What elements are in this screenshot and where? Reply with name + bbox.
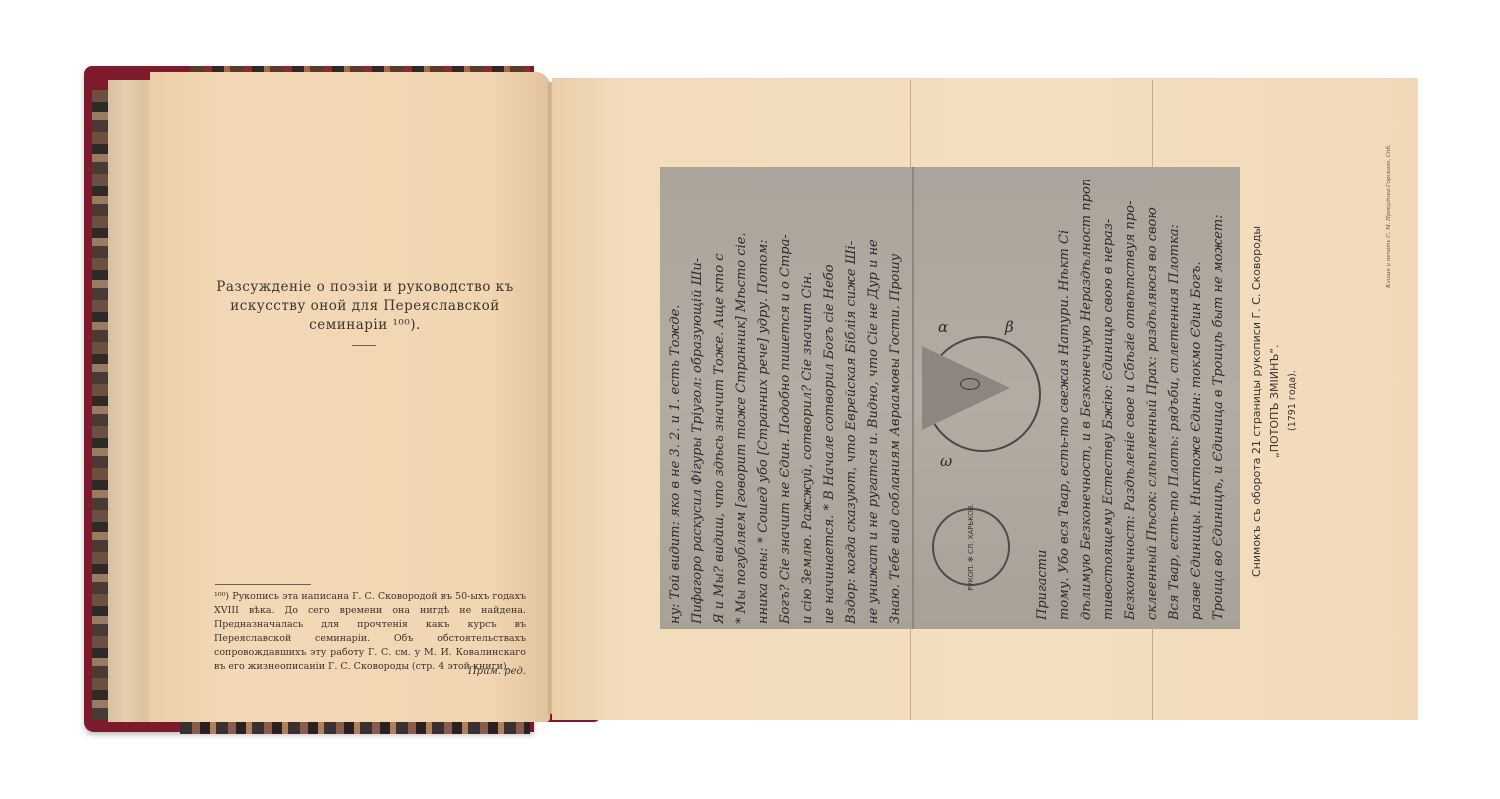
page-heading: Разсужденіе о поэзіи и руководство къ ис…	[198, 278, 532, 335]
manuscript-text-right: Троица во Єдиницѣ, и Єдиница в Троицѣ бы…	[1032, 180, 1232, 620]
caption-line-3: (1791 года).	[1284, 196, 1302, 606]
manuscript-line: и сію Землю. Ражжуй, сотворил? Сіе значи…	[797, 172, 819, 624]
plate-fold	[912, 167, 914, 629]
printer-credit: Клише и печать С. М. Прокудина-Горскаго.…	[1386, 108, 1398, 288]
diagram-label-beta: β	[1005, 318, 1014, 336]
manuscript-line: Пифагоро раскусил Фігуры Тріугол: образу…	[687, 172, 709, 624]
manuscript-line: не унижат и не ругатся и. Видно, что Сіе…	[863, 172, 885, 624]
manuscript-text-left: Знаю. Тебе вид собланиям Авраамовы Гости…	[665, 172, 907, 624]
manuscript-line: * Мы погубляем [говорит тоже Странник] М…	[731, 172, 753, 624]
manuscript-line: дѣлимую Безконечност, и в Безконечную Не…	[1076, 180, 1098, 620]
footnote-signature: Прим. ред.	[420, 666, 526, 677]
manuscript-line: разве Єдиницы. Никтоже Єдин: токмо Єдин …	[1186, 180, 1208, 620]
manuscript-line: Знаю. Тебе вид собланиям Авраамовы Гости…	[885, 172, 907, 624]
manuscript-line: Богъ? Сіе значит не Єдин. Подобно пишетс…	[775, 172, 797, 624]
diagram-label-alpha: α	[938, 318, 948, 336]
plate-caption: Снимокъ съ оборота 21 страницы рукописи …	[1248, 196, 1304, 606]
manuscript-line: ну: Той видит: яко в не 3. 2. и 1. есть …	[665, 172, 687, 624]
manuscript-line: Я и Мы? видиш, что здѣсь значит Тоже. Ащ…	[709, 172, 731, 624]
eye-of-providence-icon	[960, 378, 980, 390]
manuscript-line: Троица во Єдиницѣ, и Єдиница в Троицѣ бы…	[1208, 180, 1230, 620]
manuscript-line: Вздор: когда сказуют, что Еврейская Бібл…	[841, 172, 863, 624]
heading-divider	[352, 345, 376, 346]
footnote-rule	[215, 584, 311, 585]
diagram-label-omega: ω	[940, 452, 952, 470]
manuscript-line: тому. Убо вся Твар, есть-то свежая Натур…	[1054, 180, 1076, 620]
marbled-edge-bottom	[180, 722, 530, 734]
manuscript-line: ие начинается. * В Начале сотворил Богъ …	[819, 172, 841, 624]
stamp-text: РУКОП. ✻ СЛ. ХАРЬКОВ.	[967, 503, 975, 591]
manuscript-line: тивостоящему Естеству Бжію: Єдиницю свою…	[1098, 180, 1120, 620]
footnote-text: ¹⁰⁰) Рукопись эта написана Г. С. Сковоро…	[214, 590, 526, 674]
manuscript-line: склеенный Пѣсок: слѣпленный Прах: раздѣл…	[1142, 180, 1164, 620]
manuscript-line: Вся Твар, есть-то Плоть: рядъби, сплетен…	[1164, 180, 1186, 620]
manuscript-line: Безконечност: Раздѣленіе свое и Сбѣгіе о…	[1120, 180, 1142, 620]
library-stamp: РУКОП. ✻ СЛ. ХАРЬКОВ.	[932, 508, 1010, 586]
caption-line-2: „ПОТОПЪ ЗМІИНЪ“.	[1266, 196, 1284, 606]
manuscript-line: нника оны: * Сошед убо [Странних рече] у…	[753, 172, 775, 624]
caption-line-1: Снимокъ съ оборота 21 страницы рукописи …	[1248, 196, 1266, 606]
